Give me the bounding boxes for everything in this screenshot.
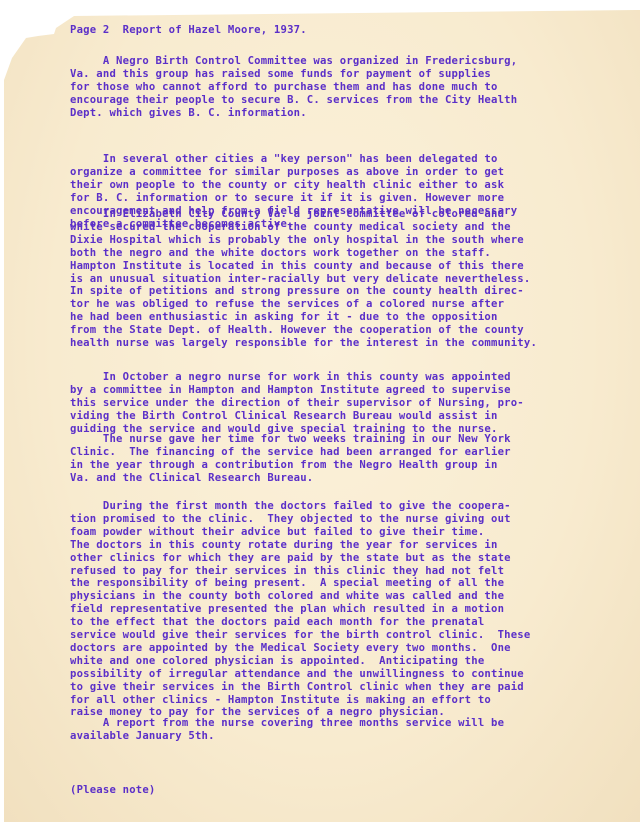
paragraph-4-line: this service under the direction of thei… <box>70 397 524 409</box>
typewritten-page: Page 2 Report of Hazel Moore, 1937. A Ne… <box>0 0 13 24</box>
paragraph-3-line: Hampton Institute is located in this cou… <box>70 260 524 272</box>
paragraph-7-line: available January 5th. <box>70 730 215 742</box>
paragraph-3-line: from the State Dept. of Health. However … <box>70 324 524 336</box>
paragraph-6-line: to the effect that the doctors paid each… <box>70 616 484 628</box>
paragraph-6-line: tion promised to the clinic. They object… <box>70 513 511 525</box>
footer-note: (Please note) <box>70 784 156 796</box>
paragraph-3-line: tor he was obliged to refuse the service… <box>70 298 504 310</box>
paragraph-6-line: possibility of irregular attendance and … <box>70 668 524 680</box>
paragraph-6-line: The doctors in this county rotate during… <box>70 539 498 551</box>
paragraph-1-line: A Negro Birth Control Committee was orga… <box>70 55 517 67</box>
paragraph-6-line: physicians in the county both colored an… <box>70 590 504 602</box>
page-header: Page 2 Report of Hazel Moore, 1937. <box>70 24 307 36</box>
paragraph-3-line: In spite of petitions and strong pressur… <box>70 285 524 297</box>
paragraph-3-line: is an unusual situation inter-racially b… <box>70 273 530 285</box>
paragraph-3-line: he had been enthusiastic in asking for i… <box>70 311 498 323</box>
paragraph-6-line: During the first month the doctors faile… <box>70 500 511 512</box>
paragraph-6-line: doctors are appointed by the Medical Soc… <box>70 642 511 654</box>
paragraph-3-line: both the negro and the white doctors wor… <box>70 247 491 259</box>
paragraph-5-line: Clinic. The financing of the service had… <box>70 446 511 458</box>
paragraph-3-line: white secured the cooperation of the cou… <box>70 221 511 233</box>
paragraph-5-line: in the year through a contribution from … <box>70 459 498 471</box>
paragraph-7-line: A report from the nurse covering three m… <box>70 717 504 729</box>
paragraph-5-line: Va. and the Clinical Research Bureau. <box>70 472 313 484</box>
paragraph-4-line: viding the Birth Control Clinical Resear… <box>70 410 498 422</box>
paragraph-1-line: encourage their people to secure B. C. s… <box>70 94 517 106</box>
paragraph-6-line: for all other clinics - Hampton Institut… <box>70 694 491 706</box>
paragraph-4-line: In October a negro nurse for work in thi… <box>70 371 511 383</box>
paragraph-6-line: refused to pay for their services in thi… <box>70 565 504 577</box>
paragraph-6-line: field representative presented the plan … <box>70 603 504 615</box>
paragraph-3-line: health nurse was largely responsible for… <box>70 337 537 349</box>
paragraph-2-line: In several other cities a "key person" h… <box>70 153 498 165</box>
paragraph-2-line: for B. C. information or to secure it if… <box>70 192 504 204</box>
paragraph-6-line: to give their services in the Birth Cont… <box>70 681 524 693</box>
paragraph-1-line: Va. and this group has raised some funds… <box>70 68 491 80</box>
paragraph-2-line: their own people to the county or city h… <box>70 179 504 191</box>
paragraph-6-line: white and one colored physician is appoi… <box>70 655 484 667</box>
paragraph-3-line: In Elizabeth City County Va. a joint com… <box>70 208 504 220</box>
paragraph-3-line: Dixie Hospital which is probably the onl… <box>70 234 524 246</box>
paragraph-1-line: Dept. which gives B. C. information. <box>70 107 307 119</box>
paragraph-6-line: service would give their services for th… <box>70 629 530 641</box>
paragraph-4-line: by a committee in Hampton and Hampton In… <box>70 384 511 396</box>
paragraph-1-line: for those who cannot afford to purchase … <box>70 81 498 93</box>
paragraph-6-line: foam powder without their advice but fai… <box>70 526 484 538</box>
paragraph-6-line: the responsibility of being present. A s… <box>70 577 504 589</box>
paragraph-2-line: organize a committee for similar purpose… <box>70 166 504 178</box>
paragraph-6-line: other clinics for which they are paid by… <box>70 552 511 564</box>
paragraph-5-line: The nurse gave her time for two weeks tr… <box>70 433 511 445</box>
